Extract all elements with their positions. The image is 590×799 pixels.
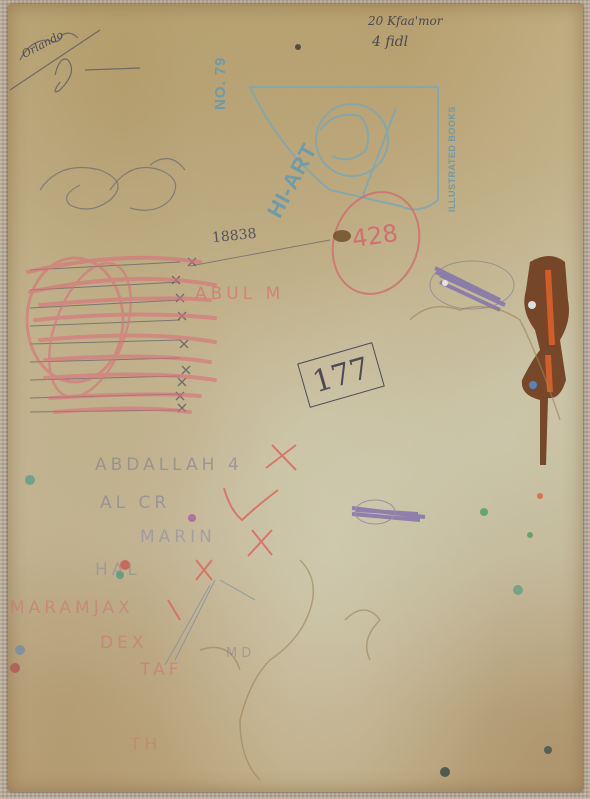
pencil-line bbox=[190, 240, 330, 266]
note-top-right-line2: 4 fidl bbox=[372, 34, 408, 50]
crayon-name-1: ABDALLAH 4 bbox=[95, 455, 243, 475]
faint-initials: MD bbox=[226, 646, 255, 661]
pencil-scribble bbox=[40, 159, 185, 211]
top-left-signature bbox=[10, 30, 140, 92]
red-crayon-word: ABUL M bbox=[195, 284, 284, 304]
boxed-number-text: 177 bbox=[309, 350, 374, 399]
purple-scribble-bottom bbox=[352, 500, 425, 524]
card-markings bbox=[0, 0, 590, 799]
note-top-right-line1: 20 Kfaa'mor bbox=[368, 14, 442, 28]
purple-scribble-top bbox=[430, 261, 514, 310]
red-crayon-scribble bbox=[27, 252, 215, 412]
crayon-name-6: DEX bbox=[100, 633, 147, 653]
crayon-name-5: MARAMJAX bbox=[10, 598, 134, 618]
crayon-name-4: HAL bbox=[95, 560, 141, 580]
crayon-name-8: TH bbox=[130, 735, 161, 755]
stamp-number: NO. 79 bbox=[212, 56, 229, 110]
stamp-subtitle: ILLUSTRATED BOOKS bbox=[447, 106, 457, 212]
crayon-name-2: AL CR bbox=[100, 493, 170, 513]
crayon-name-7: TAF bbox=[140, 660, 182, 680]
brown-stain bbox=[333, 230, 351, 242]
crayon-name-3: MARIN bbox=[140, 527, 216, 547]
rust-stain bbox=[522, 256, 569, 465]
